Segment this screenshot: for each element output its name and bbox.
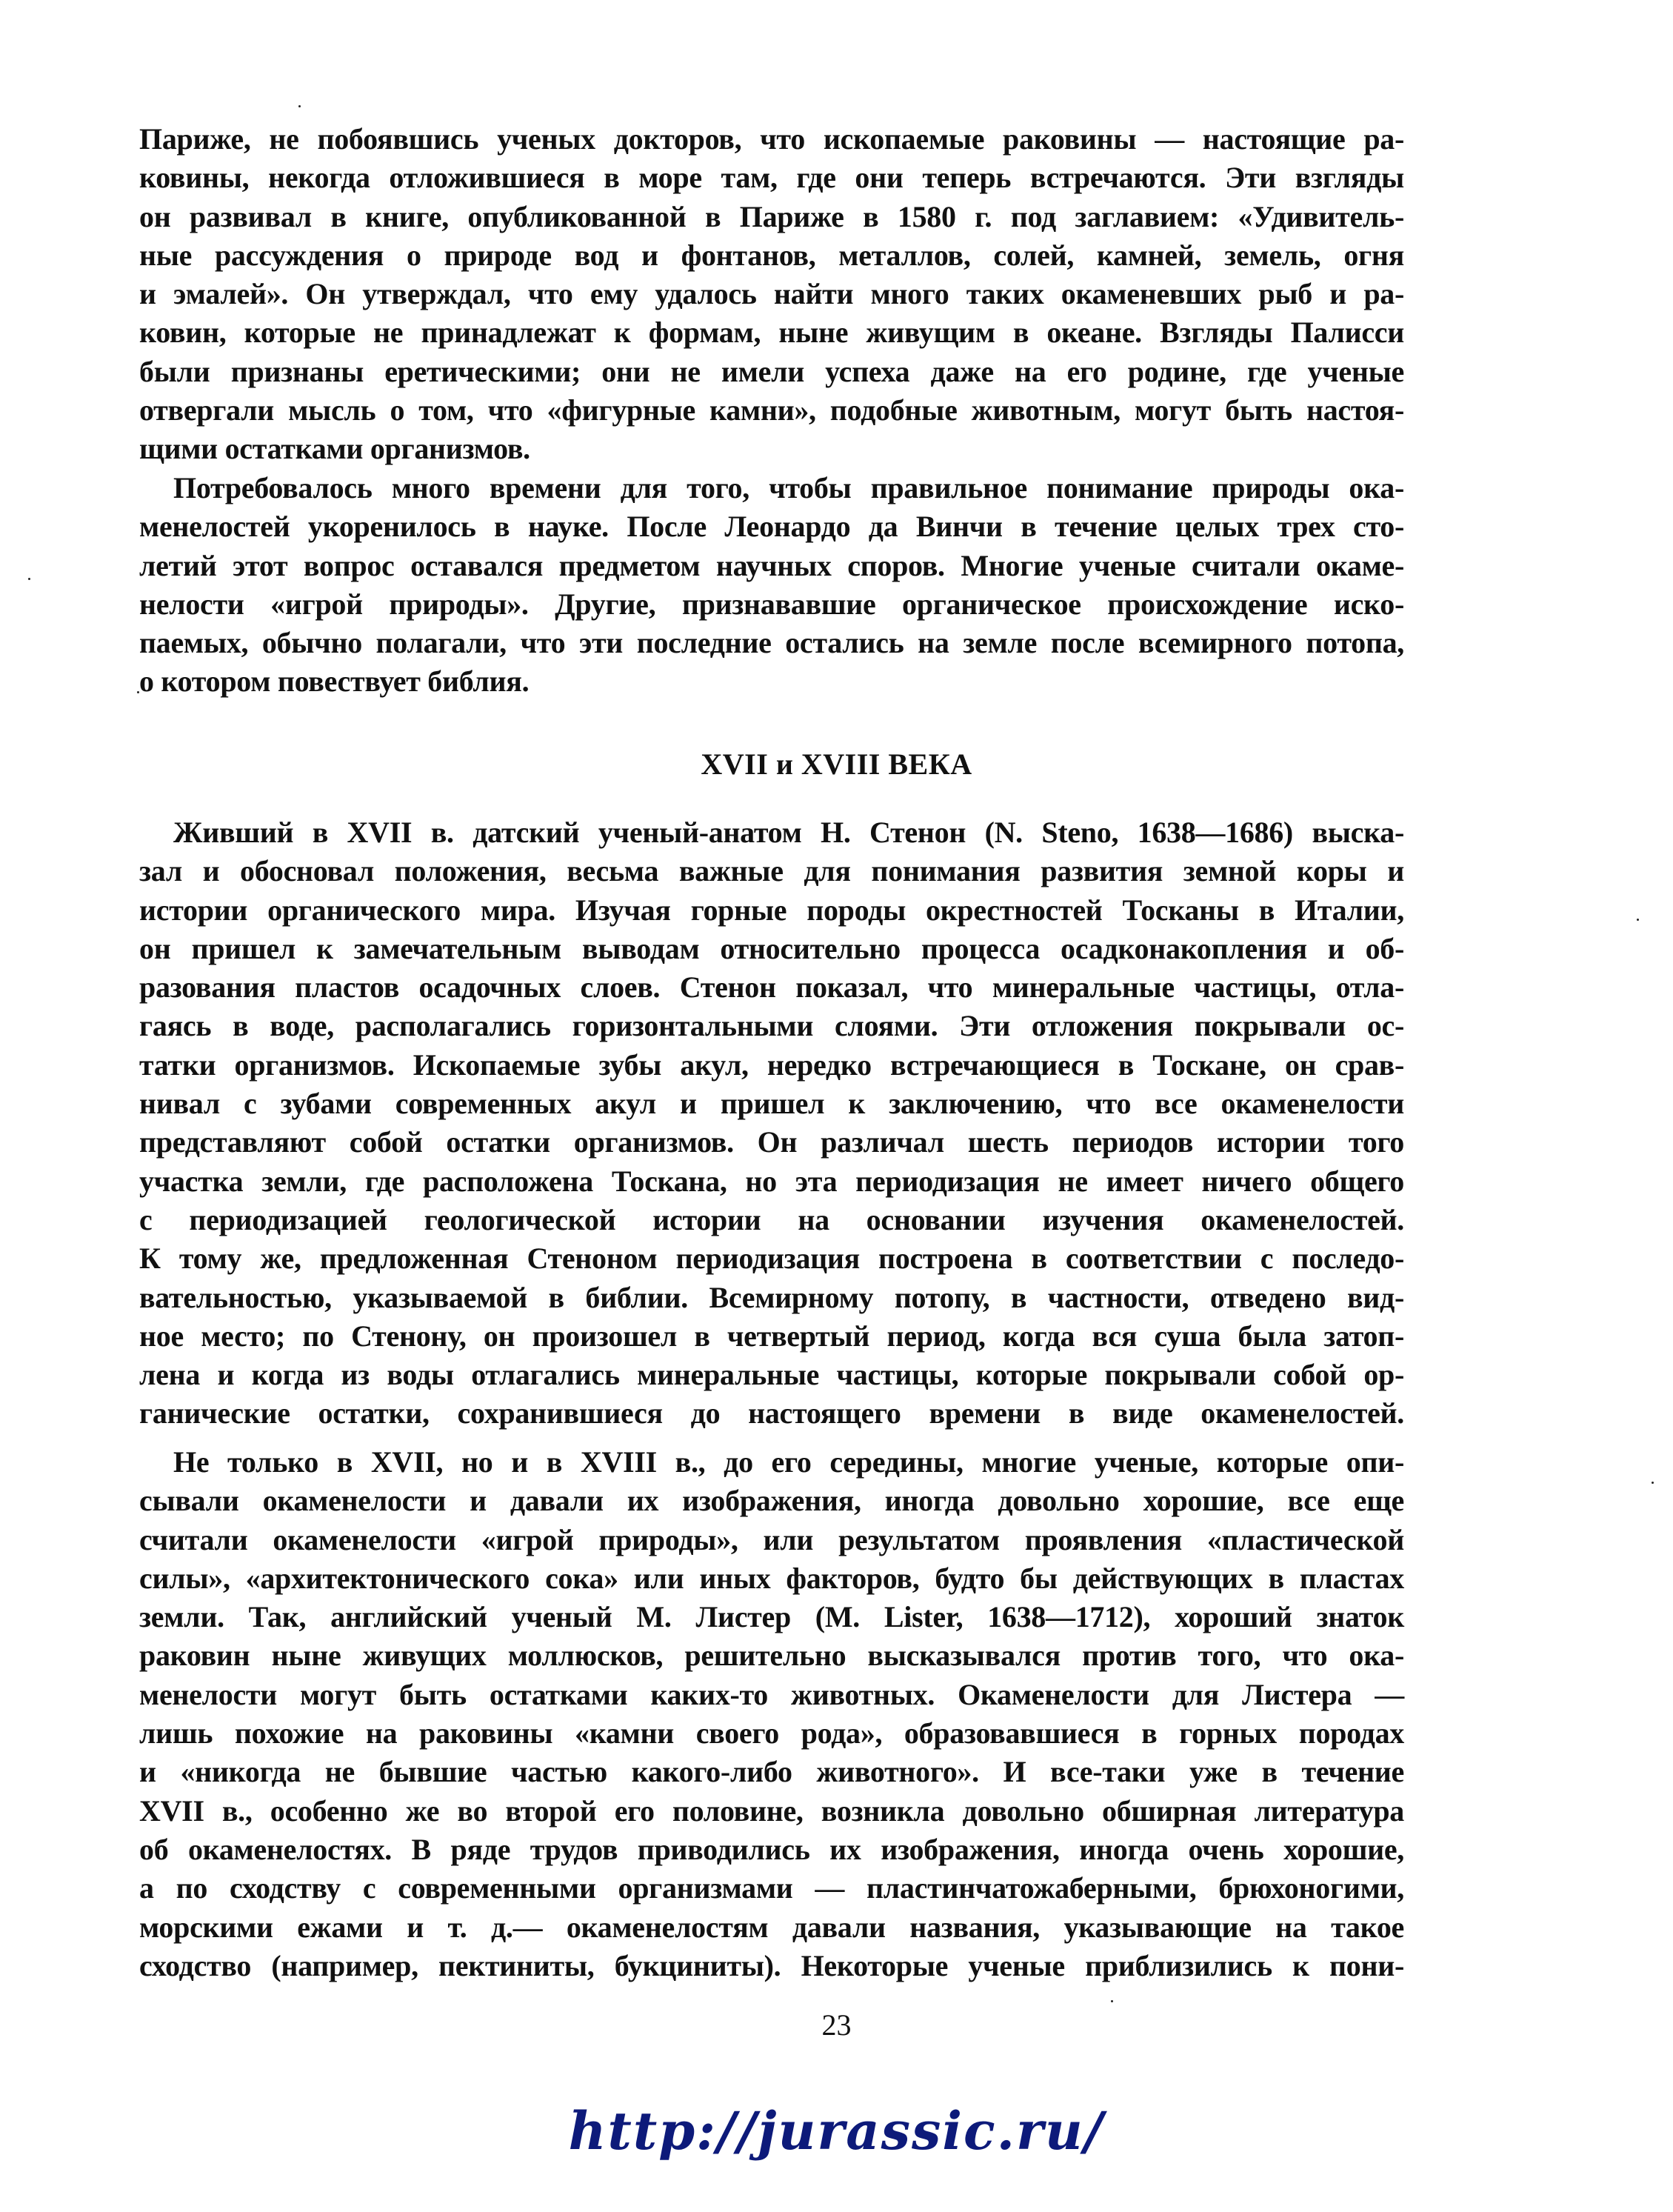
- scan-speck: [28, 578, 30, 580]
- section-heading: XVII и XVIII ВЕКА: [0, 747, 1673, 782]
- text-line: разования пластов осадочных слоев. Стено…: [139, 968, 1404, 1007]
- text-line: земли. Так, английский ученый М. Листер …: [139, 1598, 1404, 1636]
- scan-speck: [1652, 1482, 1654, 1484]
- text-line: он пришел к замечательным выводам относи…: [139, 930, 1404, 968]
- text-line: об окаменелостях. В ряде трудов приводил…: [139, 1830, 1404, 1869]
- text-line: сходство (например, пектиниты, букциниты…: [139, 1947, 1404, 1985]
- watermark-url: http://jurassic.ru/: [0, 2100, 1673, 2162]
- text-line: считали окаменелости «игрой природы», ил…: [139, 1521, 1404, 1559]
- text-line: нелости «игрой природы». Другие, признав…: [139, 585, 1404, 624]
- text-line: Живший в XVII в. датский ученый-анатом Н…: [139, 813, 1404, 852]
- text-line: и «никогда не бывшие частью какого-либо …: [139, 1753, 1404, 1791]
- text-line: Париже, не побоявшись ученых докторов, ч…: [139, 120, 1404, 159]
- paragraph-4: Не только в XVII, но и в XVIII в., до ег…: [139, 1443, 1404, 1985]
- text-line: Не только в XVII, но и в XVIII в., до ег…: [139, 1443, 1404, 1482]
- text-line: он развивал в книге, опубликованной в Па…: [139, 198, 1404, 236]
- text-line: XVII в., особенно же во второй его полов…: [139, 1792, 1404, 1830]
- scanned-book-page: Париже, не побоявшись ученых докторов, ч…: [0, 0, 1673, 2212]
- text-line: морскими ежами и т. д.— окаменелостям да…: [139, 1908, 1404, 1947]
- text-line: о котором повествует библия.: [139, 662, 1404, 701]
- text-line: ные рассуждения о природе вод и фонтанов…: [139, 236, 1404, 275]
- text-line: менелостей укоренилось в науке. После Ле…: [139, 507, 1404, 546]
- text-line: ганические остатки, сохранившиеся до нас…: [139, 1394, 1404, 1433]
- text-line: лена и когда из воды отлагались минераль…: [139, 1356, 1404, 1394]
- text-line: паемых, обычно полагали, что эти последн…: [139, 624, 1404, 662]
- text-line: зал и обосновал положения, весьма важные…: [139, 852, 1404, 890]
- text-line: менелости могут быть остатками каких-то …: [139, 1676, 1404, 1714]
- text-line: участка земли, где расположена Тоскана, …: [139, 1162, 1404, 1201]
- paragraph-1: Париже, не побоявшись ученых докторов, ч…: [139, 120, 1404, 469]
- text-line: и эмалей». Он утверждал, что ему удалось…: [139, 275, 1404, 313]
- text-line: раковин ныне живущих моллюсков, решитель…: [139, 1636, 1404, 1675]
- text-line: татки организмов. Ископаемые зубы акул, …: [139, 1046, 1404, 1085]
- text-line: Потребовалось много времени для того, чт…: [139, 469, 1404, 507]
- text-line: истории органического мира. Изучая горны…: [139, 891, 1404, 930]
- text-line: силы», «архитектонического сока» или ины…: [139, 1559, 1404, 1598]
- text-line: гаясь в воде, располагались горизонтальн…: [139, 1007, 1404, 1045]
- text-line: ное место; по Стенону, он произошел в че…: [139, 1317, 1404, 1356]
- scan-speck: [137, 691, 139, 693]
- text-line: а по сходству с современными организмами…: [139, 1869, 1404, 1908]
- text-line: ковин, которые не принадлежат к формам, …: [139, 313, 1404, 352]
- text-line: вательностью, указываемой в библии. Всем…: [139, 1279, 1404, 1317]
- scan-speck: [1111, 2000, 1113, 2002]
- text-line: отвергали мысль о том, что «фигурные кам…: [139, 391, 1404, 430]
- paragraph-3: Живший в XVII в. датский ученый-анатом Н…: [139, 813, 1404, 1433]
- text-line: ковины, некогда отложившиеся в море там,…: [139, 159, 1404, 197]
- text-line: лишь похожие на раковины «камни своего р…: [139, 1714, 1404, 1753]
- text-line: с периодизацией геологической истории на…: [139, 1201, 1404, 1239]
- text-line: нивал с зубами современных акул и пришел…: [139, 1085, 1404, 1123]
- scan-speck: [298, 105, 301, 107]
- page-number: 23: [0, 2008, 1673, 2042]
- text-line: сывали окаменелости и давали их изображе…: [139, 1482, 1404, 1520]
- scan-speck: [1637, 919, 1639, 921]
- text-line: щими остатками организмов.: [139, 430, 1404, 468]
- text-line: К тому же, предложенная Стеноном периоди…: [139, 1239, 1404, 1278]
- text-line: были признаны еретическими; они не имели…: [139, 353, 1404, 391]
- text-line: летий этот вопрос оставался предметом на…: [139, 547, 1404, 585]
- paragraph-2: Потребовалось много времени для того, чт…: [139, 469, 1404, 702]
- text-line: представляют собой остатки организмов. О…: [139, 1123, 1404, 1162]
